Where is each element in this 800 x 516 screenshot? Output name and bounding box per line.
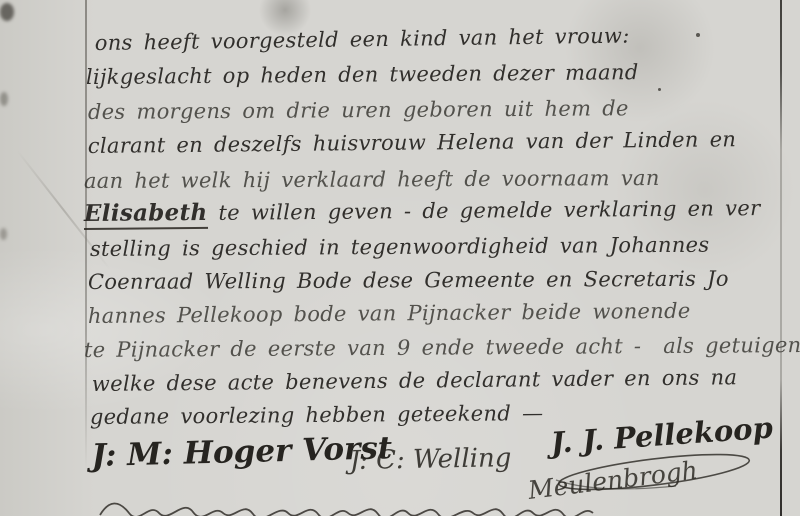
- document-scan: ons heeft voorgesteld een kind van het v…: [0, 0, 800, 516]
- record-line: clarant en deszelfs huisvrouw Helena van…: [88, 126, 737, 159]
- underlined-given-name: Elisabeth: [84, 199, 208, 230]
- record-line: des morgens om drie uren geboren uit hem…: [88, 95, 629, 125]
- record-line: welke dese acte benevens de declarant va…: [92, 364, 738, 397]
- cut-off-handwriting-fragment: [95, 498, 615, 516]
- right-margin-fold-line: [780, 0, 782, 516]
- record-line: stelling is geschied in tegenwoordigheid…: [90, 232, 710, 262]
- ink-speck: [658, 88, 661, 91]
- record-line: gedane voorlezing hebben geteekend —: [90, 400, 544, 430]
- ink-speck: [696, 33, 700, 37]
- record-line-text: te willen geven - de gemelde verklaring …: [207, 196, 760, 225]
- record-line: lijkgeslacht op heden den tweeden dezer …: [86, 59, 639, 90]
- record-line: te Pijnacker de eerste van 9 ende tweede…: [84, 332, 800, 363]
- ink-smudge: [0, 92, 8, 106]
- record-line: hannes Pellekoop bode van Pijnacker beid…: [88, 298, 691, 329]
- record-line-with-name: Elisabeth te willen geven - de gemelde v…: [84, 195, 761, 227]
- signature-flourish: [552, 446, 762, 502]
- signature-welling: J: C: Welling: [349, 443, 511, 476]
- record-line: ons heeft voorgesteld een kind van het v…: [95, 23, 630, 56]
- record-line: Coenraad Welling Bode dese Gemeente en S…: [88, 266, 729, 295]
- record-line: aan het welk hij verklaard heeft de voor…: [84, 165, 660, 194]
- signature-hoger-vorst: J: M: Hoger Vorst: [91, 430, 393, 474]
- ink-smudge: [0, 3, 14, 21]
- ink-smudge: [0, 228, 7, 240]
